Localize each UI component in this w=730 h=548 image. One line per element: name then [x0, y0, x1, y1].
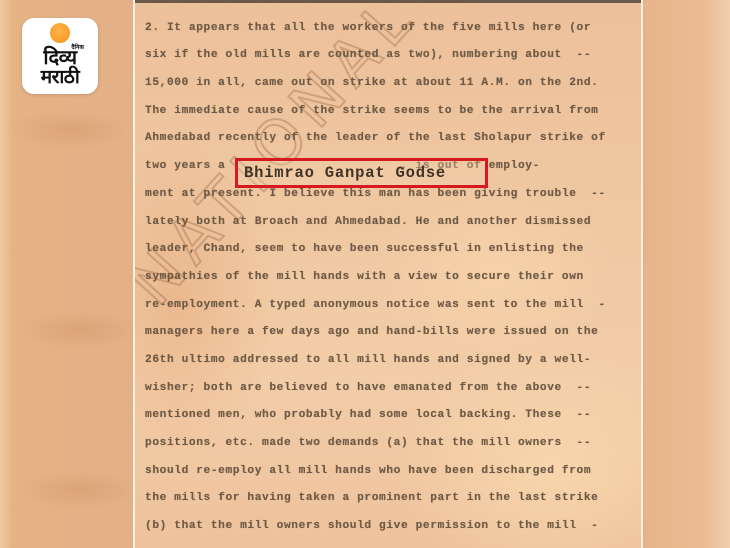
text-line: leader, Chand, seem to have been success…	[145, 236, 637, 264]
text-line: The immediate cause of the strike seems …	[145, 98, 637, 126]
text-line: six if the old mills are counted as two)…	[145, 42, 637, 70]
text-line: managers here a few days ago and hand-bi…	[145, 319, 637, 347]
text-line: mentioned men, who probably had some loc…	[145, 402, 637, 430]
document-text: that the strikers were inclined to be vi…	[145, 0, 637, 541]
divya-marathi-logo: दैनिक दिव्य मराठी	[22, 18, 98, 94]
highlighted-name-box: Bhimrao Ganpat Godse	[235, 158, 488, 188]
text-line: should re-employ all mill hands who have…	[145, 458, 637, 486]
blurred-background-right	[645, 0, 730, 548]
text-line: positions, etc. made two demands (a) tha…	[145, 430, 637, 458]
text-line: re-employment. A typed anonymous notice …	[145, 292, 637, 320]
text-line: the mills for having taken a prominent p…	[145, 485, 637, 513]
text-line: 26th ultimo addressed to all mill hands …	[145, 347, 637, 375]
logo-tag: दैनिक	[71, 43, 84, 51]
text-line: Ahmedabad recently of the leader of the …	[145, 125, 637, 153]
text-line: wisher; both are believed to have emanat…	[145, 375, 637, 403]
text-line: lately both at Broach and Ahmedabad. He …	[145, 209, 637, 237]
sun-icon	[50, 23, 70, 43]
text-line: that the strikers were inclined to be vi…	[145, 0, 637, 15]
text-line: 2. It appears that all the workers of th…	[145, 15, 637, 43]
text-line: 15,000 in all, came out on strike at abo…	[145, 70, 637, 98]
text-line: sympathies of the mill hands with a view…	[145, 264, 637, 292]
archival-document: NATIONAL ARCHIVES OF INDIA that the stri…	[133, 0, 643, 548]
logo-text-line2: मराठी	[41, 68, 80, 87]
text-line: (b) that the mill owners should give per…	[145, 513, 637, 541]
